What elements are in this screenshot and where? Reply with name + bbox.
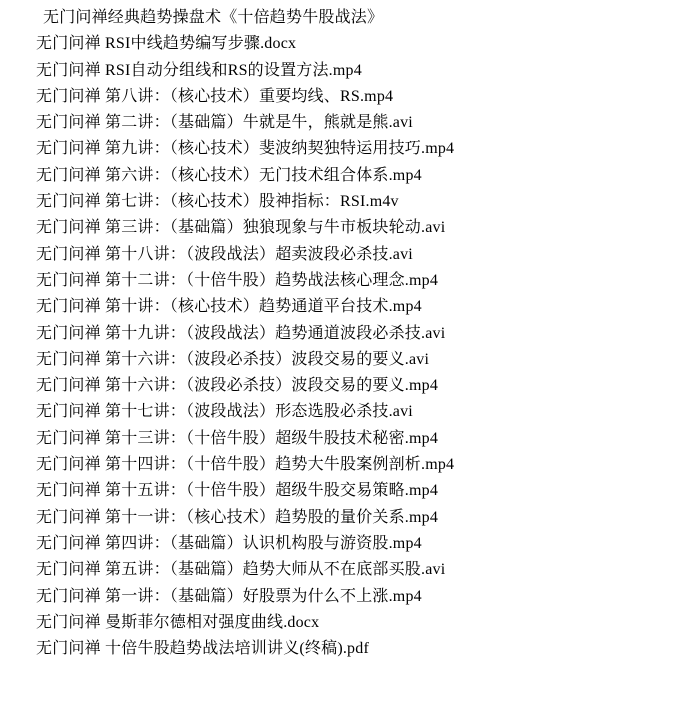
file-list-item: 无门问禅 第六讲：（核心技术）无门技术组合体系.mp4 [36, 163, 680, 189]
file-list-item: 无门问禅 第十三讲：（十倍牛股）超级牛股技术秘密.mp4 [36, 426, 680, 452]
file-list-item: 无门问禅 第十六讲：（波段必杀技）波段交易的要义.mp4 [36, 373, 680, 399]
file-list-item: 无门问禅 第十二讲：（十倍牛股）趋势战法核心理念.mp4 [36, 268, 680, 294]
file-list-item: 无门问禅 第七讲：（核心技术）股神指标：RSI.m4v [36, 189, 680, 215]
file-list-item: 无门问禅 第十四讲：（十倍牛股）趋势大牛股案例剖析.mp4 [36, 452, 680, 478]
file-list-item: 无门问禅 第十一讲：（核心技术）趋势股的量价关系.mp4 [36, 505, 680, 531]
document-page: 无门问禅经典趋势操盘术《十倍趋势牛股战法》 无门问禅 RSI中线趋势编写步骤.d… [0, 0, 680, 662]
file-list-item: 无门问禅 曼斯菲尔德相对强度曲线.docx [36, 610, 680, 636]
file-list-item: 无门问禅 第十讲：（核心技术）趋势通道平台技术.mp4 [36, 294, 680, 320]
file-list-item: 无门问禅 RSI自动分组线和RS的设置方法.mp4 [36, 58, 680, 84]
file-list-item: 无门问禅 第二讲：（基础篇）牛就是牛，熊就是熊.avi [36, 110, 680, 136]
file-list-item: 无门问禅 十倍牛股趋势战法培训讲义(终稿).pdf [36, 636, 680, 662]
file-list-item: 无门问禅 第八讲：（核心技术）重要均线、RS.mp4 [36, 84, 680, 110]
file-list-item: 无门问禅 第九讲：（核心技术）斐波纳契独特运用技巧.mp4 [36, 136, 680, 162]
file-list-item: 无门问禅 第十六讲：（波段必杀技）波段交易的要义.avi [36, 347, 680, 373]
file-list-item: 无门问禅 第十七讲：（波段战法）形态选股必杀技.avi [36, 399, 680, 425]
file-list-item: 无门问禅 第四讲：（基础篇）认识机构股与游资股.mp4 [36, 531, 680, 557]
file-list-item: 无门问禅 第三讲：（基础篇）独狼现象与牛市板块轮动.avi [36, 215, 680, 241]
page-title: 无门问禅经典趋势操盘术《十倍趋势牛股战法》 [43, 5, 680, 31]
file-list-item: 无门问禅 第十八讲：（波段战法）超卖波段必杀技.avi [36, 242, 680, 268]
file-list-item: 无门问禅 第十五讲：（十倍牛股）超级牛股交易策略.mp4 [36, 478, 680, 504]
file-list-item: 无门问禅 第五讲：（基础篇）趋势大师从不在底部买股.avi [36, 557, 680, 583]
file-list-item: 无门问禅 第一讲：（基础篇）好股票为什么不上涨.mp4 [36, 584, 680, 610]
file-list-item: 无门问禅 RSI中线趋势编写步骤.docx [36, 31, 680, 57]
file-list: 无门问禅 RSI中线趋势编写步骤.docx无门问禅 RSI自动分组线和RS的设置… [36, 31, 680, 662]
file-list-item: 无门问禅 第十九讲：（波段战法）趋势通道波段必杀技.avi [36, 321, 680, 347]
